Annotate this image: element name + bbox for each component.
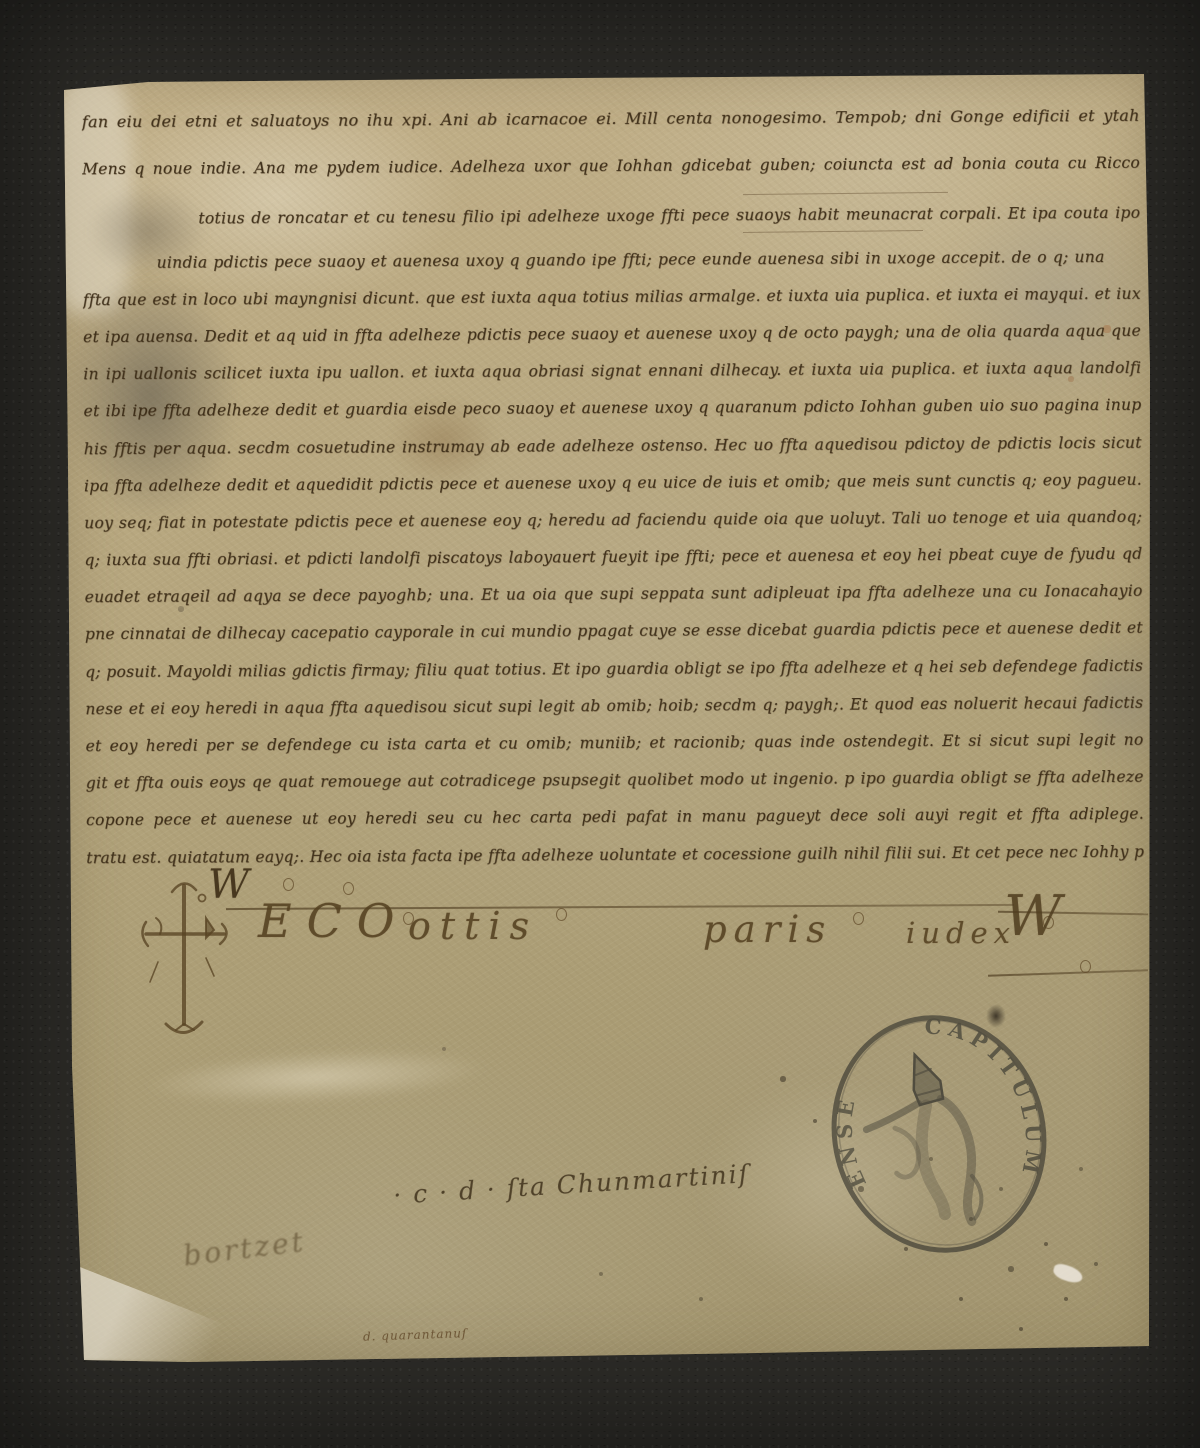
manuscript-text-line: fan eiu dei etni et saluatoys no ihu xpi… <box>82 97 1140 141</box>
manuscript-text-line: et ibi ipe ffta adelheze dedit et guardi… <box>83 387 1141 431</box>
ring-ornament <box>556 908 567 921</box>
stamp-arc-text-left: ENSE <box>819 1087 883 1193</box>
manuscript-text-line: his fftis per aqua. secdm cosuetudine in… <box>84 424 1142 468</box>
signature-word-iudex: iudex <box>906 916 1016 950</box>
manuscript-text-line: uindia pdictis pece suaoy et auenesa uxo… <box>83 238 1141 282</box>
manuscript-text-line: copone pece et auenese ut eoy heredi seu… <box>86 796 1144 840</box>
bottom-edge-note: d. quarantanuſ <box>363 1326 468 1344</box>
manuscript-text-line: euadet etraqeil ad aqya se dece payoghb;… <box>85 573 1143 617</box>
ring-ornament <box>853 912 864 925</box>
manuscript-text-line: nese et ei eoy heredi in aqua ffta aqued… <box>85 685 1143 729</box>
ink-speckles <box>58 66 60 68</box>
manuscript-text-line: uoy seq; fiat in potestate pdictis pece … <box>84 499 1142 543</box>
manuscript-text-line: q; iuxta sua ffti obriasi. et pdicti lan… <box>84 536 1142 580</box>
signature-word-paris: paris <box>703 908 832 951</box>
manuscript-text-line: git et ffta ouis eoys qe quat remouege a… <box>86 759 1144 803</box>
signature-word-ego: ECO <box>258 894 410 948</box>
photograph-of-charter: { "meta": { "description": "Medieval par… <box>0 0 1200 1448</box>
crease-light-streak <box>145 1042 487 1112</box>
manuscript-text-line: in ipi uallonis scilicet iuxta ipu uallo… <box>83 350 1141 394</box>
manuscript-text-line: totius de roncatar et cu tenesu filio ip… <box>82 195 1140 239</box>
bishop-figure-icon <box>851 1047 990 1242</box>
manuscript-text-line: ffta que est in loco ubi mayngnisi dicun… <box>83 276 1141 320</box>
charter-text-block: fan eiu dei etni et saluatoys no ihu xpi… <box>82 97 1145 877</box>
manuscript-text-line: Mens q noue indie. Ana me pydem iudice. … <box>82 145 1140 189</box>
manuscript-text-line: pne cinnatai de dilhecay cacepatio caypo… <box>85 610 1143 654</box>
manuscript-text-line: ipa ffta adelheze dedit et aquedidit pdi… <box>84 461 1142 505</box>
manuscript-text-line: et eoy heredi per se defendege cu ista c… <box>85 722 1143 766</box>
signature-word-ottis: ottis <box>408 904 538 948</box>
dorsal-note: · c · d · ſta Chunmartiniſ <box>392 1159 750 1210</box>
ornamental-flourish: W <box>208 862 249 908</box>
archive-stamp: CAPITULUM ENSE <box>814 999 1064 1269</box>
notary-monogram: W <box>1004 884 1062 949</box>
manuscript-text-line: q; posuit. Mayoldi milias gdictis firmay… <box>85 647 1143 691</box>
manuscript-text-line: et ipa auensa. Dedit et aq uid in ffta a… <box>83 313 1141 357</box>
ring-ornament <box>1080 960 1091 973</box>
svg-text:ENSE: ENSE <box>819 1087 883 1193</box>
faded-scribble-note: bortzet <box>181 1225 307 1273</box>
ring-ornament <box>283 878 294 891</box>
parchment-sheet: fan eiu dei etni et saluatoys no ihu xpi… <box>58 66 1158 1368</box>
signature-rule-line-right <box>988 969 1148 977</box>
